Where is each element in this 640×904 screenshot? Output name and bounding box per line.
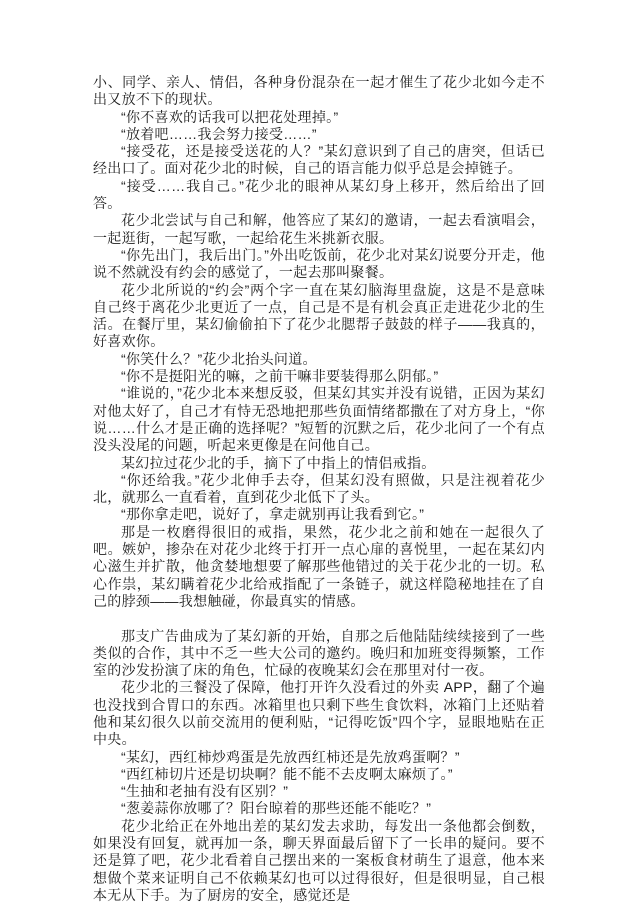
paragraph: 某幻拉过花少北的手，摘下了中指上的情侣戒指。	[93, 455, 545, 472]
paragraph: 小、同学、亲人、情侣，各种身份混杂在一起才催生了花少北如今走不出又放不下的现状。	[93, 74, 545, 109]
paragraph: 那是一枚磨得很旧的戒指，果然，花少北之前和她在一起很久了吧。嫉妒，掺杂在对花少北…	[93, 524, 545, 610]
paragraph: “接受……我自己。”花少北的眼神从某幻身上移开，然后给出了回答。	[93, 178, 545, 213]
paragraph: “你先出门，我后出门。”外出吃饭前，花少北对某幻说要分开走，他说不然就没有约会的…	[93, 247, 545, 282]
paragraph: “你不是挺阳光的嘛，之前干嘛非要装得那么阴郁。”	[93, 368, 545, 385]
paragraph: “接受花，还是接受送花的人？”某幻意识到了自己的唐突，但话已经出口了。面对花少北…	[93, 143, 545, 178]
paragraph: “那你拿走吧，说好了，拿走就别再让我看到它。”	[93, 506, 545, 523]
paragraph-section-start: 那支广告曲成为了某幻新的开始，自那之后他陆陆续续接到了一些类似的合作，其中不乏一…	[93, 628, 545, 680]
paragraph: 花少北尝试与自己和解，他答应了某幻的邀请，一起去看演唱会，一起逛街，一起写歌，一…	[93, 212, 545, 247]
paragraph: “你还给我。”花少北伸手去夺，但某幻没有照做，只是注视着花少北，就那么一直看着，…	[93, 472, 545, 507]
paragraph: “谁说的，”花少北本来想反驳，但某幻其实并没有说错，正因为某幻对他太好了，自己才…	[93, 385, 545, 454]
paragraph: 花少北所说的“约会”两个字一直在某幻脑海里盘旋，这是不是意味自己终于离花少北更近…	[93, 282, 545, 351]
paragraph: “生抽和老抽有没有区别？”	[93, 783, 545, 800]
book-page: 小、同学、亲人、情侣，各种身份混杂在一起才催生了花少北如今走不出又放不下的现状。…	[0, 0, 640, 904]
paragraph: “你不喜欢的话我可以把花处理掉。”	[93, 109, 545, 126]
paragraph: “西红柿切片还是切块啊？能不能不去皮啊太麻烦了。”	[93, 766, 545, 783]
paragraph: “你笑什么？”花少北抬头问道。	[93, 351, 545, 368]
paragraph: “葱姜蒜你放哪了？阳台晾着的那些还能不能吃？”	[93, 800, 545, 817]
paragraph: “某幻，西红柿炒鸡蛋是先放西红柿还是先放鸡蛋啊？”	[93, 749, 545, 766]
paragraph: “放着吧……我会努力接受……”	[93, 126, 545, 143]
paragraph: 花少北的三餐没了保障，他打开许久没看过的外卖 APP，翻了个遍也没找到合胃口的东…	[93, 679, 545, 748]
paragraph: 花少北给正在外地出差的某幻发去求助，每发出一条他都会倒数，如果没有回复，就再加一…	[93, 818, 545, 904]
